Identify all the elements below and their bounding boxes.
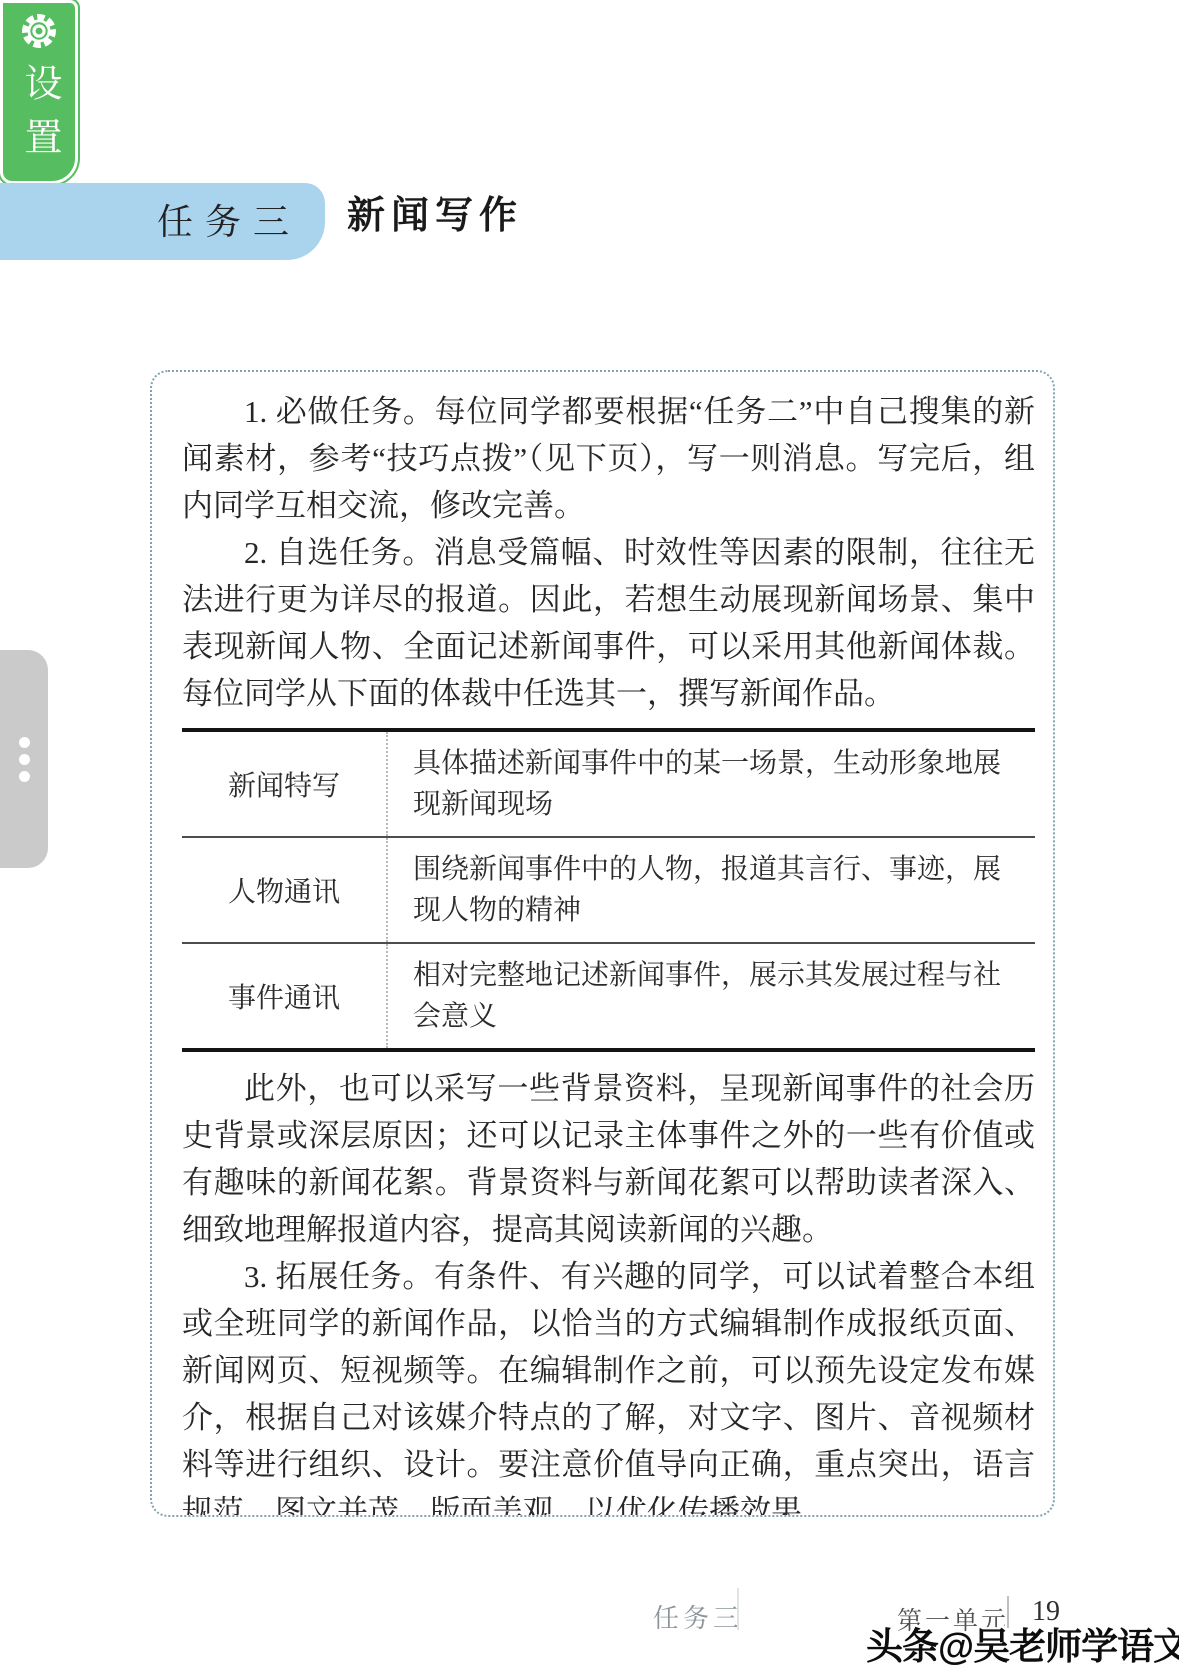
description-cell: 相对完整地记述新闻事件，展示其发展过程与社会意义 — [387, 943, 1035, 1050]
table-row: 新闻特写 具体描述新闻事件中的某一场景，生动形象地展现新闻现场 — [182, 730, 1035, 837]
gear-icon — [17, 9, 61, 53]
table-row: 人物通讯 围绕新闻事件中的人物，报道其言行、事迹，展现人物的精神 — [182, 837, 1035, 943]
genre-cell: 新闻特写 — [182, 730, 387, 837]
table-row: 事件通讯 相对完整地记述新闻事件，展示其发展过程与社会意义 — [182, 943, 1035, 1050]
paragraph-required-task: 1. 必做任务。每位同学都要根据“任务二”中自己搜集的新闻素材，参考“技巧点拨”… — [182, 388, 1035, 529]
genre-cell: 事件通讯 — [182, 943, 387, 1050]
watermark-text: 头条@吴老师学语文 — [866, 1616, 1179, 1670]
page-title: 新闻写作 — [347, 192, 523, 241]
reader-page: 设置 任务三 新闻写作 1. 必做任务。每位同学都要根据“任务二”中自己搜集的新… — [0, 0, 1179, 1680]
footer-divider — [737, 1588, 739, 1630]
three-dots-grip-icon — [19, 771, 30, 782]
paragraph-optional-task: 2. 自选任务。消息受篇幅、时效性等因素的限制，往往无法进行更为详尽的报道。因此… — [182, 529, 1035, 717]
description-cell: 具体描述新闻事件中的某一场景，生动形象地展现新闻现场 — [387, 730, 1035, 837]
paragraph-background-note: 此外，也可以采写一些背景资料，呈现新闻事件的社会历史背景或深层原因；还可以记录主… — [182, 1065, 1035, 1253]
genre-cell: 人物通讯 — [182, 837, 387, 943]
description-cell: 围绕新闻事件中的人物，报道其言行、事迹，展现人物的精神 — [387, 837, 1035, 943]
three-dots-grip-icon — [19, 737, 30, 748]
footer-section-label: 任务三 — [653, 1598, 743, 1635]
task-banner: 任务三 — [0, 183, 325, 260]
side-drag-handle[interactable] — [0, 650, 48, 868]
three-dots-grip-icon — [19, 754, 30, 765]
settings-button[interactable]: 设置 — [0, 0, 78, 184]
genre-table: 新闻特写 具体描述新闻事件中的某一场景，生动形象地展现新闻现场 人物通讯 围绕新… — [182, 728, 1035, 1052]
paragraph-extension-task: 3. 拓展任务。有条件、有兴趣的同学，可以试着整合本组或全班同学的新闻作品，以恰… — [182, 1253, 1035, 1517]
settings-label: 设置 — [20, 63, 58, 171]
task-tab-label: 任务三 — [157, 204, 301, 240]
task-box: 1. 必做任务。每位同学都要根据“任务二”中自己搜集的新闻素材，参考“技巧点拨”… — [150, 370, 1055, 1517]
